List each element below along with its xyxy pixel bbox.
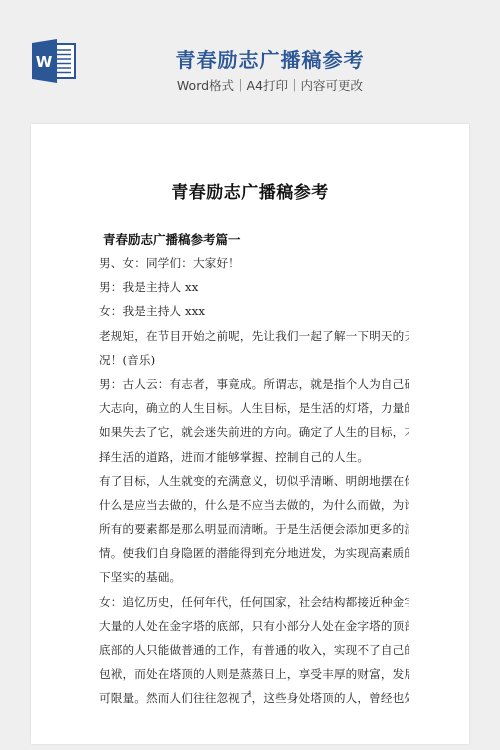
- body-line: 所有的要素都是那么明显而清晰。于是生活便会添加更多的活力与激: [99, 517, 409, 541]
- body-line: 女：我是主持人 xxx: [99, 299, 409, 323]
- body-line: 男、女：同学们：大家好！: [99, 251, 409, 275]
- body-line: 底部的人只能做普通的工作，有普通的收入，实现不了自己的理想和: [99, 638, 409, 662]
- body-line: 有了目标，人生就变的充满意义，切似乎清晰、明朗地摆在你的面前。: [99, 469, 409, 493]
- body-line: 老规矩，在节目开始之前呢，先让我们一起了解一下明天的天气情: [99, 324, 409, 348]
- body-line: 大量的人处在金字塔的底部，只有小部分人处在金字塔的顶部。处在: [99, 614, 409, 638]
- body-line: 如果失去了它，就会迷失前进的方向。确定了人生的目标，才可能选: [99, 420, 409, 444]
- body-line: 下坚实的基础。: [99, 565, 409, 589]
- header-subtitle: Word格式｜A4打印｜内容可更改: [0, 76, 500, 94]
- body-line: 什么是应当去做的，什么是不应当去做的，为什么而做，为谁而做，: [99, 493, 409, 517]
- section-title: 青春励志广播稿参考篇一: [103, 230, 241, 248]
- header-title: 青春励志广播稿参考: [0, 44, 500, 73]
- body-line: 况！(音乐): [99, 348, 409, 372]
- body-line: 情。使我们自身隐匿的潜能得到充分地迸发，为实现高素质的人生打: [99, 541, 409, 565]
- body-line: 择生活的道路，进而才能够掌握、控制自己的人生。: [99, 445, 409, 469]
- header-banner: W 青春励志广播稿参考 Word格式｜A4打印｜内容可更改: [0, 0, 500, 124]
- page-number: 1: [31, 690, 469, 699]
- document-title: 青春励志广播稿参考: [31, 178, 469, 203]
- document-page: 青春励志广播稿参考 青春励志广播稿参考篇一 男、女：同学们：大家好！ 男：我是主…: [31, 124, 469, 744]
- body-line: 男：古人云：有志者，事竟成。所谓志，就是指个人为自己确立的远: [99, 372, 409, 396]
- body-line: 女：追忆历史，任何年代，任何国家，社会结构都接近种金字塔状。: [99, 590, 409, 614]
- body-line: 大志向，确立的人生目标。人生目标，是生活的灯塔，力量的源泉，: [99, 396, 409, 420]
- body-line: 男：我是主持人 xx: [99, 275, 409, 299]
- document-body: 男、女：同学们：大家好！ 男：我是主持人 xx 女：我是主持人 xxx 老规矩，…: [99, 251, 409, 711]
- body-line: 包袱，而处在塔顶的人则是蒸蒸日上，享受丰厚的财富，发展前途不: [99, 662, 409, 686]
